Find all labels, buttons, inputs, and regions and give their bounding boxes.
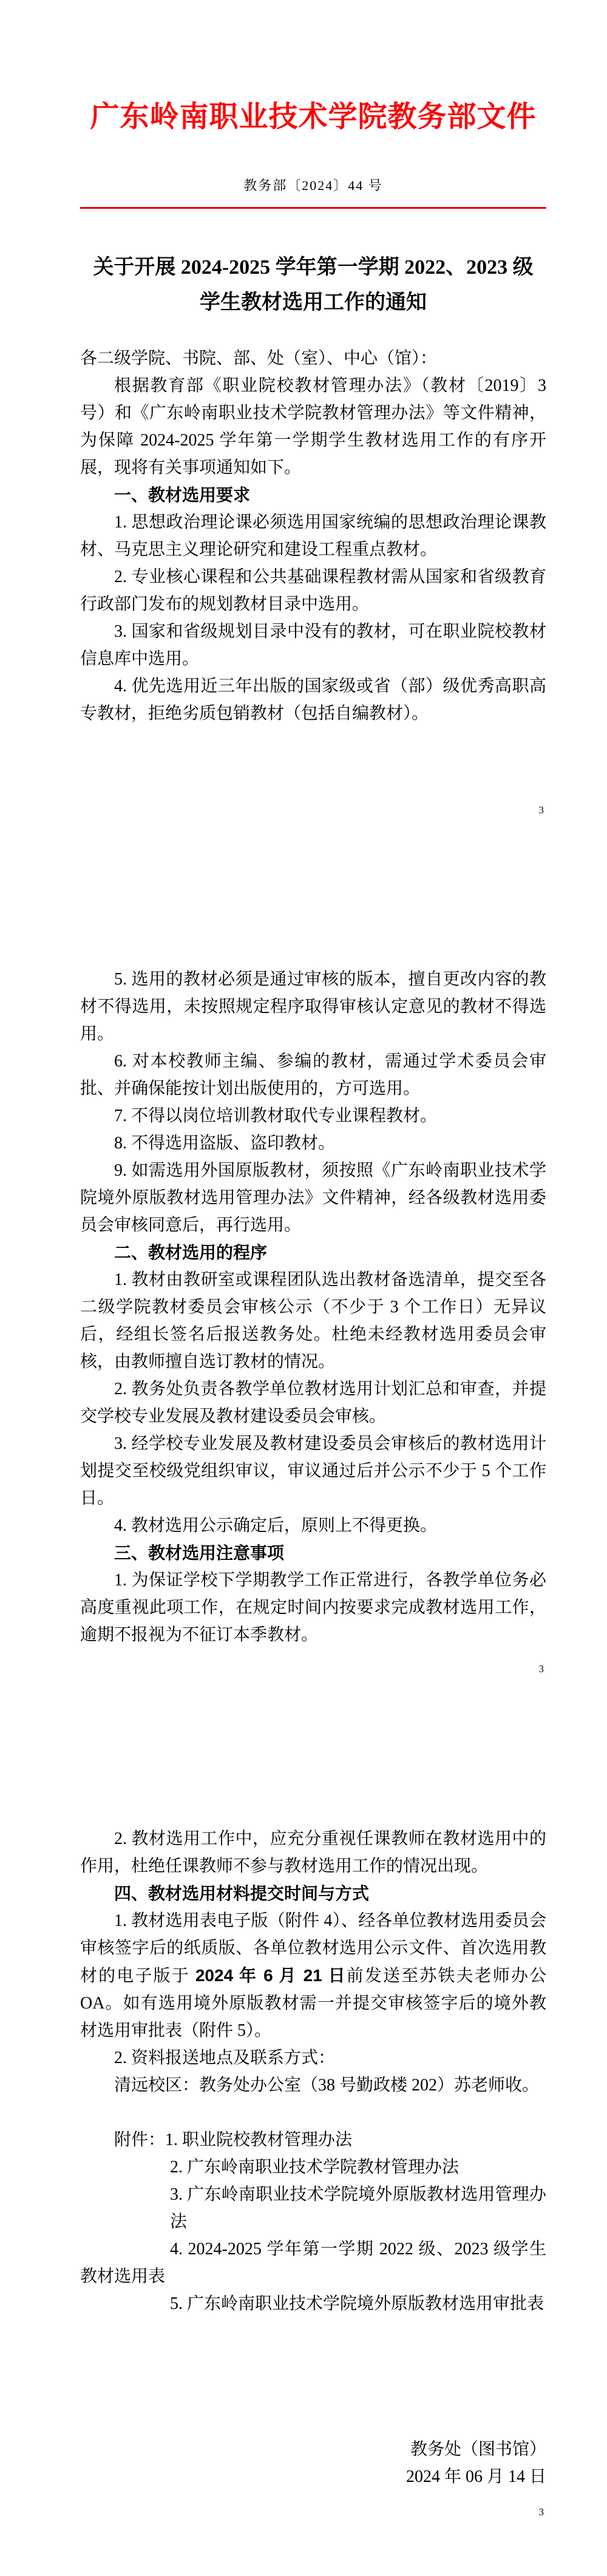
doc-title: 关于开展 2024-2025 学年第一学期 2022、2023 级 学生教材选用… xyxy=(80,250,546,320)
requirement-item-5: 5. 选用的教材必须是通过审核的版本，擅自更改内容的教材不得选用，未按照规定程序… xyxy=(80,966,546,1048)
page-number-3: 3 xyxy=(539,2506,544,2518)
document-page-1: 广东岭南职业技术学院教务部文件 教务部〔2024〕44 号 关于开展 2024-… xyxy=(0,0,607,859)
red-divider-rule xyxy=(80,207,546,209)
requirement-item-7: 7. 不得以岗位培训教材取代专业课程教材。 xyxy=(80,1102,546,1130)
procedure-item-3: 3. 经学校专业发展及教材建设委员会审核后的教材选用计划提交至校级党组织审议，审… xyxy=(80,1430,546,1512)
org-header: 广东岭南职业技术学院教务部文件 xyxy=(80,0,546,134)
requirement-item-9: 9. 如需选用外国原版教材，须按照《广东岭南职业技术学院境外原版教材选用管理办法… xyxy=(80,1157,546,1239)
attachment-item-5: 5. 广东岭南职业技术学院境外原版教材选用审批表 xyxy=(170,2290,546,2317)
attachment-item-1: 1. 职业院校教材管理办法 xyxy=(165,2130,352,2149)
submit-item-2: 2. 资料报送地点及联系方式： xyxy=(80,2044,546,2072)
signature-block: 教务处（图书馆） 2024 年 06 月 14 日 xyxy=(80,2436,546,2490)
document-page-2: 5. 选用的教材必须是通过审核的版本，擅自更改内容的教材不得选用，未按照规定程序… xyxy=(0,859,607,1718)
procedure-item-2: 2. 教务处负责各教学单位教材选用计划汇总和审查，并提交学校专业发展及教材建设委… xyxy=(80,1375,546,1430)
doc-title-line-2: 学生教材选用工作的通知 xyxy=(80,285,546,320)
page-2-body: 5. 选用的教材必须是通过审核的版本，擅自更改内容的教材不得选用，未按照规定程序… xyxy=(80,966,546,1649)
signature-date: 2024 年 06 月 14 日 xyxy=(80,2463,546,2490)
submit-item-3: 清远校区：教务处办公室（38 号勤政楼 202）苏老师收。 xyxy=(80,2072,546,2099)
attachment-item-2: 2. 广东岭南职业技术学院教材管理办法 xyxy=(170,2154,546,2181)
section-2-heading: 二、教材选用的程序 xyxy=(80,1239,546,1266)
submit-deadline-date: 2024 年 6 月 21 日 xyxy=(195,1966,347,1985)
procedure-item-1: 1. 教材由教研室或课程团队选出教材备选清单，提交至各二级学院教材委员会审核公示… xyxy=(80,1266,546,1375)
section-3-heading: 三、教材选用注意事项 xyxy=(80,1539,546,1567)
attachments-label: 附件： xyxy=(114,2130,165,2149)
procedure-item-4: 4. 教材选用公示确定后，原则上不得更换。 xyxy=(80,1512,546,1539)
requirement-item-3: 3. 国家和省级规划目录中没有的教材，可在职业院校教材信息库中选用。 xyxy=(80,618,546,673)
requirement-item-1: 1. 思想政治理论课必须选用国家统编的思想政治理论课教材、马克思主义理论研究和建… xyxy=(80,509,546,563)
requirement-item-6: 6. 对本校教师主编、参编的教材，需通过学术委员会审批、并确保能按计划出版使用的… xyxy=(80,1048,546,1102)
section-1-heading: 一、教材选用要求 xyxy=(80,481,546,509)
requirement-item-2: 2. 专业核心课程和公共基础课程教材需从国家和省级教育行政部门发布的规划教材目录… xyxy=(80,563,546,618)
attachment-item-3: 3. 广东岭南职业技术学院境外原版教材选用管理办法 xyxy=(170,2181,546,2235)
attachment-line-1: 附件：1. 职业院校教材管理办法 xyxy=(80,2126,546,2154)
attachments-list: 附件：1. 职业院校教材管理办法 2. 广东岭南职业技术学院教材管理办法 3. … xyxy=(80,2126,546,2317)
salutation: 各二级学院、书院、部、处（室）、中心（馆）： xyxy=(80,345,546,372)
page-number-1: 3 xyxy=(539,804,544,816)
attachment-item-4: 4. 2024-2025 学年第一学期 2022 级、2023 级学生教材选用表 xyxy=(80,2235,546,2290)
doc-number: 教务部〔2024〕44 号 xyxy=(80,177,546,195)
document-viewer: { "doc": { "org_header": "广东岭南职业技术学院教务部文… xyxy=(0,0,607,2576)
doc-title-line-1: 关于开展 2024-2025 学年第一学期 2022、2023 级 xyxy=(80,250,546,285)
signature-unit: 教务处（图书馆） xyxy=(80,2436,546,2463)
document-page-3: 2. 教材选用工作中，应充分重视任课教师在教材选用中的作用，杜绝任课教师不参与教… xyxy=(0,1718,607,2576)
page-1-body: 各二级学院、书院、部、处（室）、中心（馆）： 根据教育部《职业院校教材管理办法》… xyxy=(80,345,546,727)
requirement-item-8: 8. 不得选用盗版、盗印教材。 xyxy=(80,1130,546,1157)
page-number-2: 3 xyxy=(539,1663,544,1675)
notes-item-2: 2. 教材选用工作中，应充分重视任课教师在教材选用中的作用，杜绝任课教师不参与教… xyxy=(80,1825,546,1880)
intro-paragraph: 根据教育部《职业院校教材管理办法》（教材〔2019〕3 号）和《广东岭南职业技术… xyxy=(80,372,546,481)
requirement-item-4: 4. 优先选用近三年出版的国家级或省（部）级优秀高职高专教材，拒绝劣质包销教材（… xyxy=(80,673,546,727)
notes-item-1: 1. 为保证学校下学期教学工作正常进行，各教学单位务必高度重视此项工作，在规定时… xyxy=(80,1567,546,1649)
page-3-body: 2. 教材选用工作中，应充分重视任课教师在教材选用中的作用，杜绝任课教师不参与教… xyxy=(80,1825,546,2490)
submit-item-1: 1. 教材选用表电子版（附件 4）、经各单位教材选用委员会审核签字后的纸质版、各… xyxy=(80,1907,546,2044)
section-4-heading: 四、教材选用材料提交时间与方式 xyxy=(80,1880,546,1907)
